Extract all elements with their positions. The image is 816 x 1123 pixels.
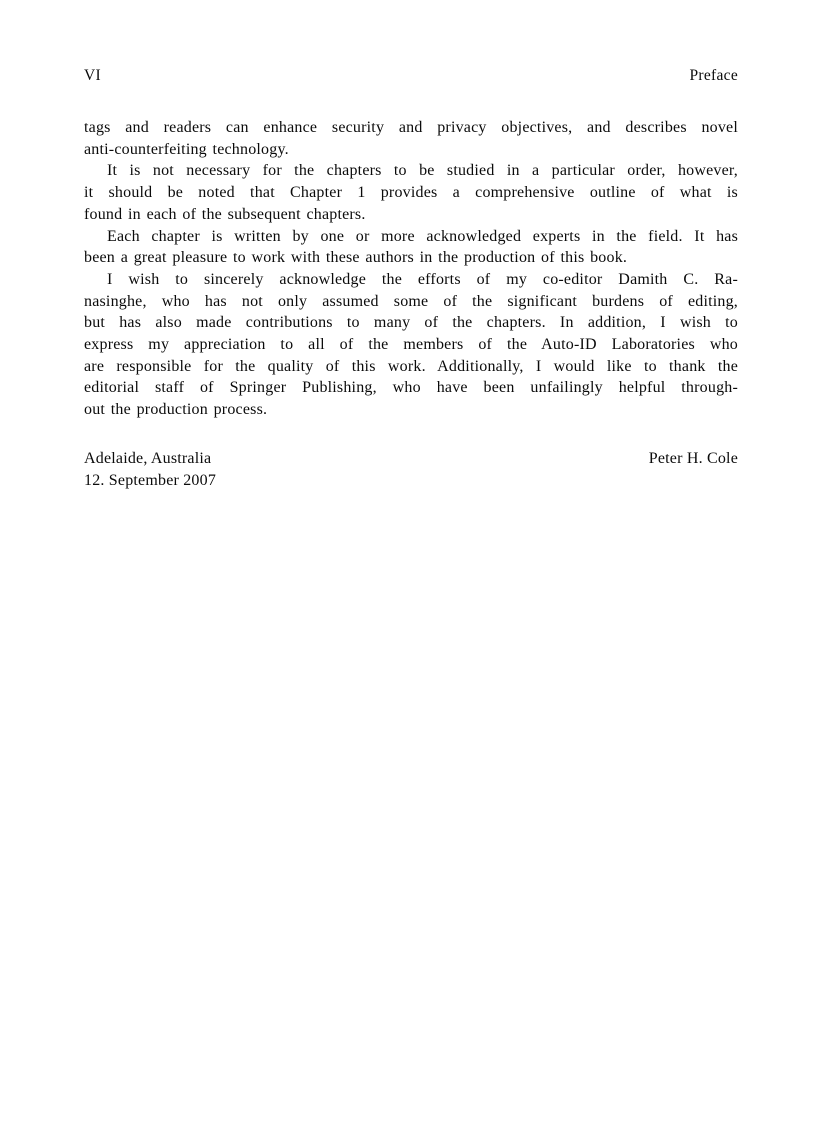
text-line: Each chapter is written by one or more a… [84, 226, 738, 248]
text-line: tags and readers can enhance security an… [84, 117, 738, 139]
running-header: VI Preface [84, 66, 738, 85]
paragraph: It is not necessary for the chapters to … [84, 160, 738, 225]
preface-page: VI Preface tags and readers can enhance … [0, 0, 816, 1123]
text-line: nasinghe, who has not only assumed some … [84, 291, 738, 313]
text-line: express my appreciation to all of the me… [84, 334, 738, 356]
text-line: it should be noted that Chapter 1 provid… [84, 182, 738, 204]
signature-place: Adelaide, Australia [84, 448, 211, 470]
paragraph: I wish to sincerely acknowledge the effo… [84, 269, 738, 421]
paragraph: Each chapter is written by one or more a… [84, 226, 738, 269]
signature-author: Peter H. Cole [649, 448, 738, 470]
text-line: out the production process. [84, 399, 738, 421]
signature-date: 12. September 2007 [84, 470, 216, 492]
text-line: anti-counterfeiting technology. [84, 139, 738, 161]
text-line: but has also made contributions to many … [84, 312, 738, 334]
page-number: VI [84, 66, 101, 85]
signature-row-date: 12. September 2007 [84, 470, 738, 492]
text-line: are responsible for the quality of this … [84, 356, 738, 378]
text-line: editorial staff of Springer Publishing, … [84, 377, 738, 399]
paragraph: tags and readers can enhance security an… [84, 117, 738, 160]
signature-row-place-author: Adelaide, Australia Peter H. Cole [84, 448, 738, 470]
signature-block: Adelaide, Australia Peter H. Cole 12. Se… [84, 448, 738, 491]
text-line: It is not necessary for the chapters to … [84, 160, 738, 182]
text-line: found in each of the subsequent chapters… [84, 204, 738, 226]
text-line: I wish to sincerely acknowledge the effo… [84, 269, 738, 291]
text-line: been a great pleasure to work with these… [84, 247, 738, 269]
body-paragraphs: tags and readers can enhance security an… [84, 117, 738, 421]
running-title: Preface [689, 66, 738, 85]
